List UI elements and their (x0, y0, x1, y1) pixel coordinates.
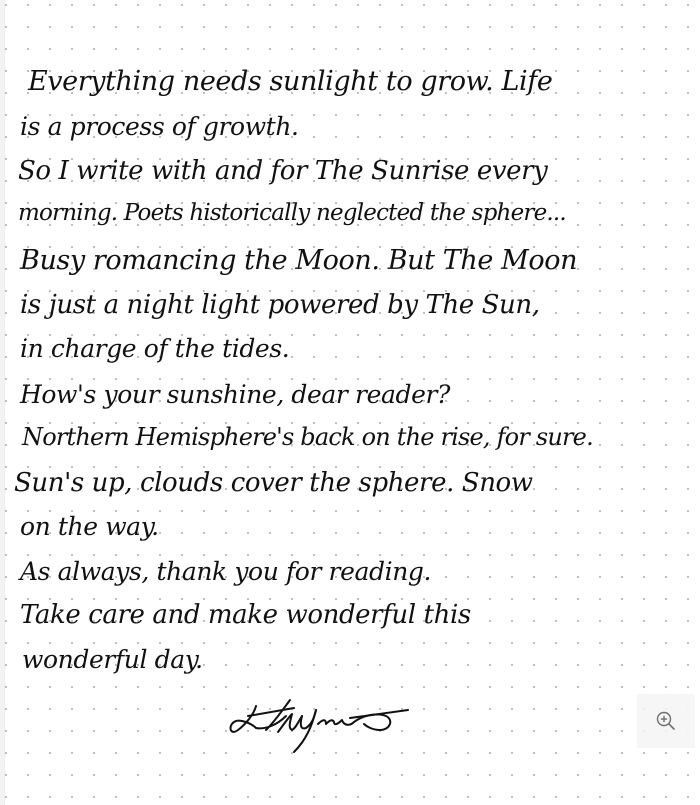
note-line: So I write with and for The Sunrise ever… (18, 156, 547, 186)
note-line: Take care and make wonderful this (20, 600, 471, 630)
signature-text: J. Wynn (226, 694, 227, 695)
dot-grid-page: Everything needs sunlight to grow. Life … (0, 0, 700, 805)
signature: J. Wynn (226, 694, 416, 758)
note-line: Busy romancing the Moon. But The Moon (20, 245, 577, 276)
zoom-in-icon (655, 710, 677, 732)
note-line: on the way. (20, 512, 159, 541)
note-line: How's your sunshine, dear reader? (20, 380, 450, 409)
note-line: wonderful day. (22, 645, 203, 674)
zoom-in-button[interactable] (637, 694, 695, 748)
note-line: in charge of the tides. (20, 334, 289, 363)
note-line: Sun's up, clouds cover the sphere. Snow (14, 468, 533, 498)
note-line: morning. Poets historically neglected th… (18, 200, 566, 226)
handwritten-note: Everything needs sunlight to grow. Life … (0, 0, 700, 805)
note-line: Everything needs sunlight to grow. Life (28, 66, 552, 97)
note-line: is a process of growth. (20, 112, 299, 141)
note-line: is just a night light powered by The Sun… (20, 290, 540, 320)
signature-scribble (226, 694, 416, 758)
note-line: Northern Hemisphere's back on the rise, … (22, 423, 593, 451)
note-line: As always, thank you for reading. (20, 557, 431, 586)
